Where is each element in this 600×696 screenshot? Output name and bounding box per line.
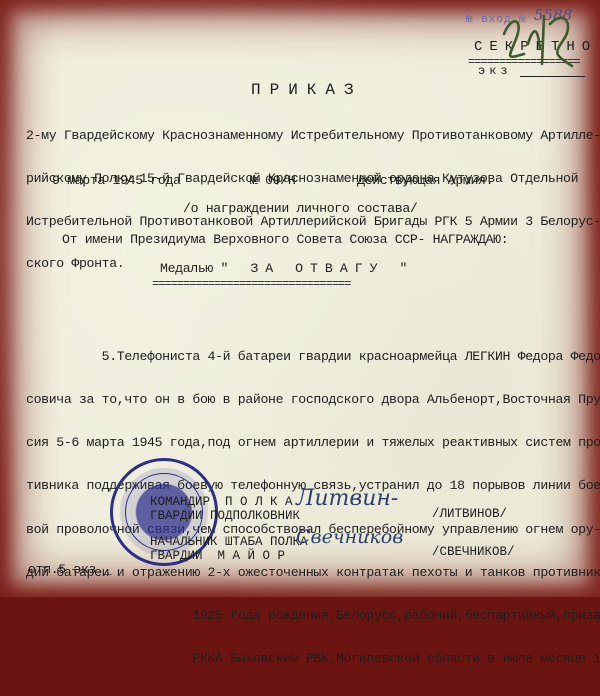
chief-of-staff-signature: Свечников bbox=[296, 526, 403, 548]
handwritten-copy-mark bbox=[494, 4, 584, 74]
citation-line: сия 5-6 марта 1945 года,под огнем артилл… bbox=[26, 436, 600, 450]
order-number: № 09/Н bbox=[250, 173, 295, 188]
document-title: ПРИКАЗ bbox=[251, 83, 363, 98]
chief-of-staff-title-line2: ГВАРДИИ М А Й О Р bbox=[150, 549, 285, 563]
medal-line: Медалью " ЗА ОТВАГУ " bbox=[160, 261, 414, 276]
award-intro: От имени Президиума Верховного Совета Со… bbox=[62, 232, 508, 247]
medal-prefix: Медалью bbox=[160, 261, 213, 276]
document-scan: № вход № 5588 СЕКРЕТНО =================… bbox=[0, 0, 600, 597]
medal-name: " ЗА ОТВАГУ " bbox=[221, 261, 415, 276]
commander-signature: Литвин- bbox=[296, 486, 398, 511]
commander-name: /ЛИТВИНОВ/ bbox=[432, 507, 507, 521]
citation-line: дий батареи и отражению 2-х ожесточенных… bbox=[26, 566, 600, 580]
chief-of-staff-name: /СВЕЧНИКОВ/ bbox=[432, 545, 515, 559]
order-location: Действующая Армия. bbox=[357, 173, 493, 188]
copy-number-blank bbox=[520, 76, 585, 77]
citation-line: 5.Телефониста 4-й батареи гвардии красно… bbox=[26, 350, 600, 364]
commander-title-line2: ГВАРДИИ ПОДПОЛКОВНИК bbox=[150, 509, 300, 523]
citation-line: совича за то,что он в бою в районе госпо… bbox=[26, 393, 600, 407]
medal-underline: ================================ bbox=[152, 280, 350, 288]
order-subject: /о награждении личного состава/ bbox=[183, 201, 417, 216]
header-line: Истребительной Противотанковой Артиллери… bbox=[26, 215, 600, 229]
header-line: 2-му Гвардейскому Краснознаменному Истре… bbox=[26, 129, 600, 143]
order-date: 9 марта 1945 года bbox=[52, 173, 181, 188]
copies-note: отп.5 экз._ bbox=[28, 562, 111, 577]
commander-title-line1: КОМАНДИР П О Л К А bbox=[150, 495, 293, 509]
chief-of-staff-title-line1: НАЧАЛЬНИК ШТАБА ПОЛКА bbox=[150, 535, 308, 549]
